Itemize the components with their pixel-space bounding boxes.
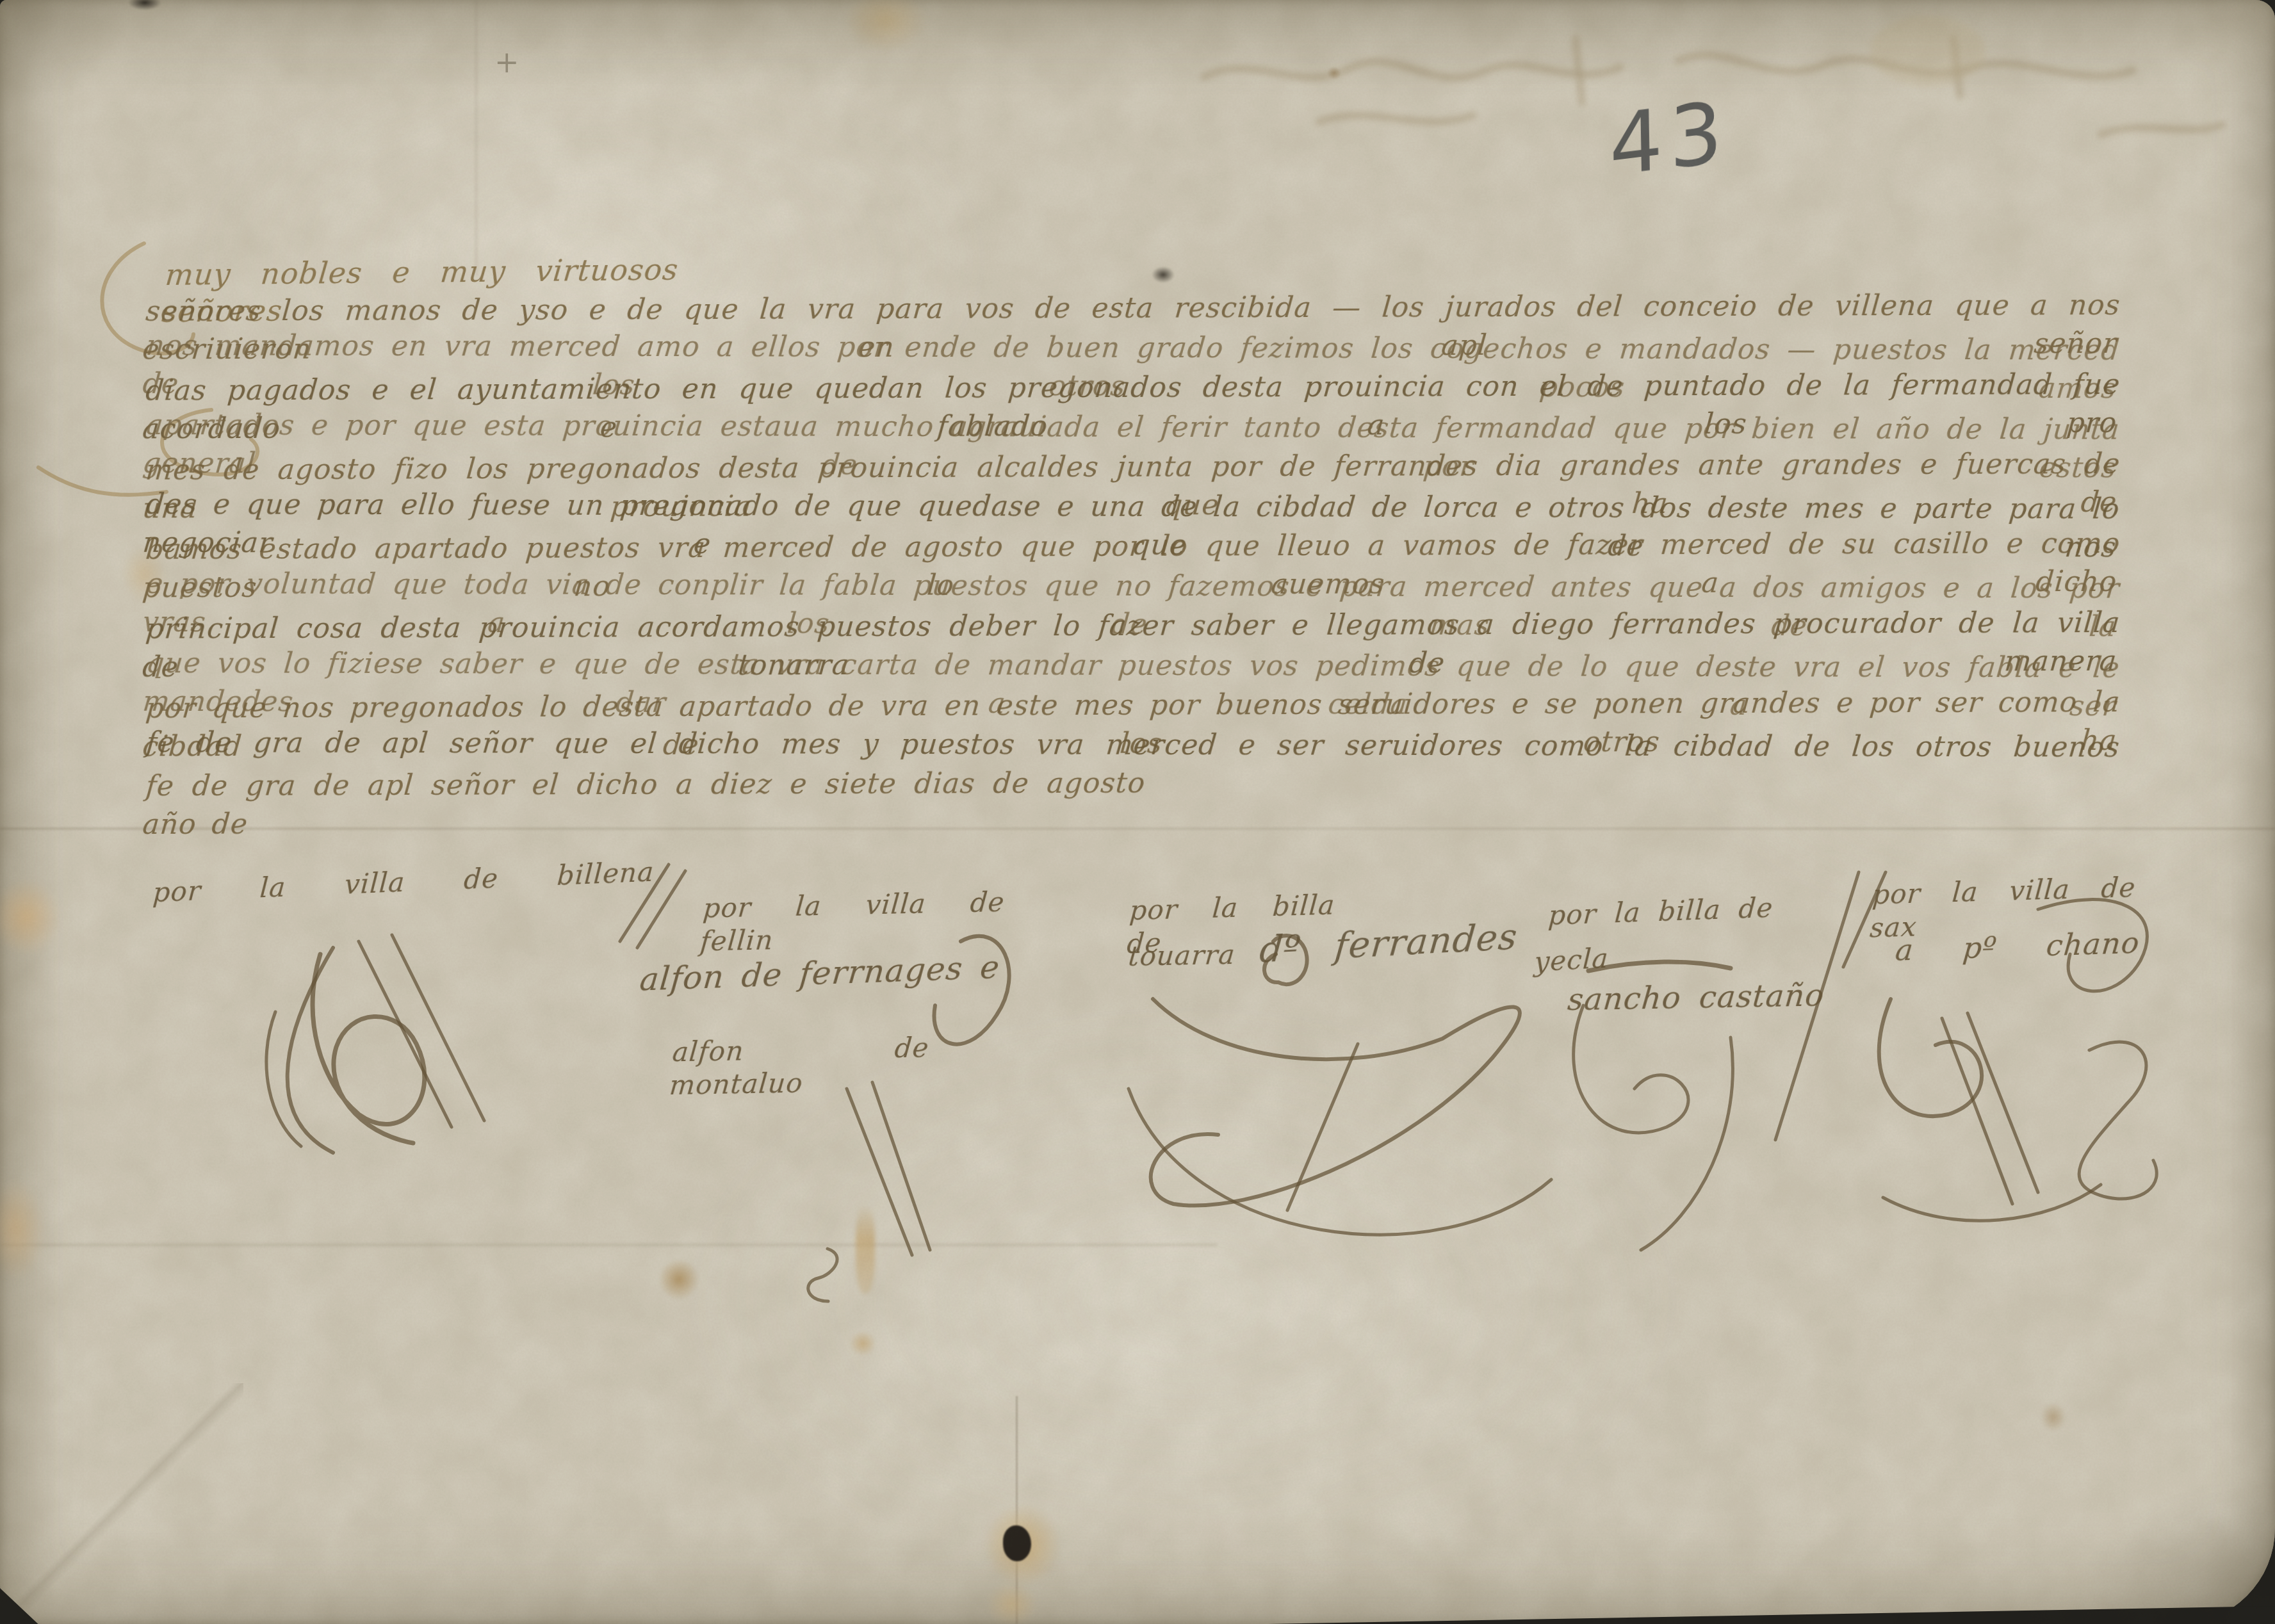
paper-sheet [0, 0, 2275, 1624]
manuscript-scan: + 43 muy nobles e muy virtuosos señores … [0, 0, 2275, 1624]
